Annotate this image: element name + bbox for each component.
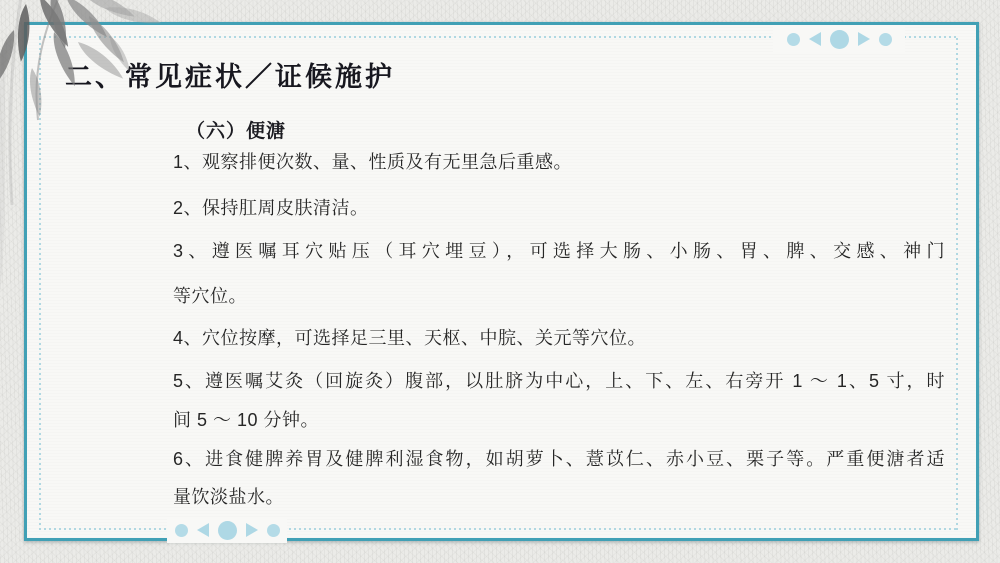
triangle-left-icon	[197, 523, 209, 537]
body-line: 3、遵医嘱耳穴贴压（耳穴埋豆），可选择大肠、小肠、胃、脾、交感、神门	[173, 241, 945, 262]
triangle-left-icon	[809, 32, 821, 46]
body-text-block: 1、观察排便次数、量、性质及有无里急后重感。 2、保持肛周皮肤清洁。 3、遵医嘱…	[173, 152, 945, 508]
body-line: 6、进食健脾养胃及健脾利湿食物，如胡萝卜、薏苡仁、赤小豆、栗子等。严重便溏者适	[173, 449, 945, 470]
body-line: 2、保持肛周皮肤清洁。	[173, 198, 945, 219]
body-line: 5、遵医嘱艾灸（回旋灸）腹部，以肚脐为中心，上、下、左、右旁开 1 ～ 1、5 …	[173, 371, 945, 392]
decor-group-bottom-left	[167, 517, 287, 543]
large-circle-icon	[218, 521, 237, 540]
decor-group-top-right	[773, 26, 905, 52]
presentation-slide: { "slide": { "title": "二、常见症状／证候施护", "su…	[0, 0, 1000, 563]
body-line: 4、穴位按摩，可选择足三里、天枢、中脘、关元等穴位。	[173, 328, 945, 349]
body-line: 间 5 ～ 10 分钟。	[173, 410, 945, 431]
triangle-right-icon	[858, 32, 870, 46]
section-subtitle: （六）便溏	[186, 116, 286, 143]
triangle-right-icon	[246, 523, 258, 537]
page-title: 二、常见症状／证候施护	[65, 55, 395, 94]
circle-icon	[175, 524, 188, 537]
circle-icon	[787, 33, 800, 46]
large-circle-icon	[830, 30, 849, 49]
body-line: 等穴位。	[173, 286, 945, 307]
circle-icon	[267, 524, 280, 537]
body-line: 量饮淡盐水。	[173, 487, 945, 508]
circle-icon	[879, 33, 892, 46]
slide-frame: 二、常见症状／证候施护 （六）便溏 1、观察排便次数、量、性质及有无里急后重感。…	[24, 22, 979, 541]
body-line: 1、观察排便次数、量、性质及有无里急后重感。	[173, 152, 945, 173]
